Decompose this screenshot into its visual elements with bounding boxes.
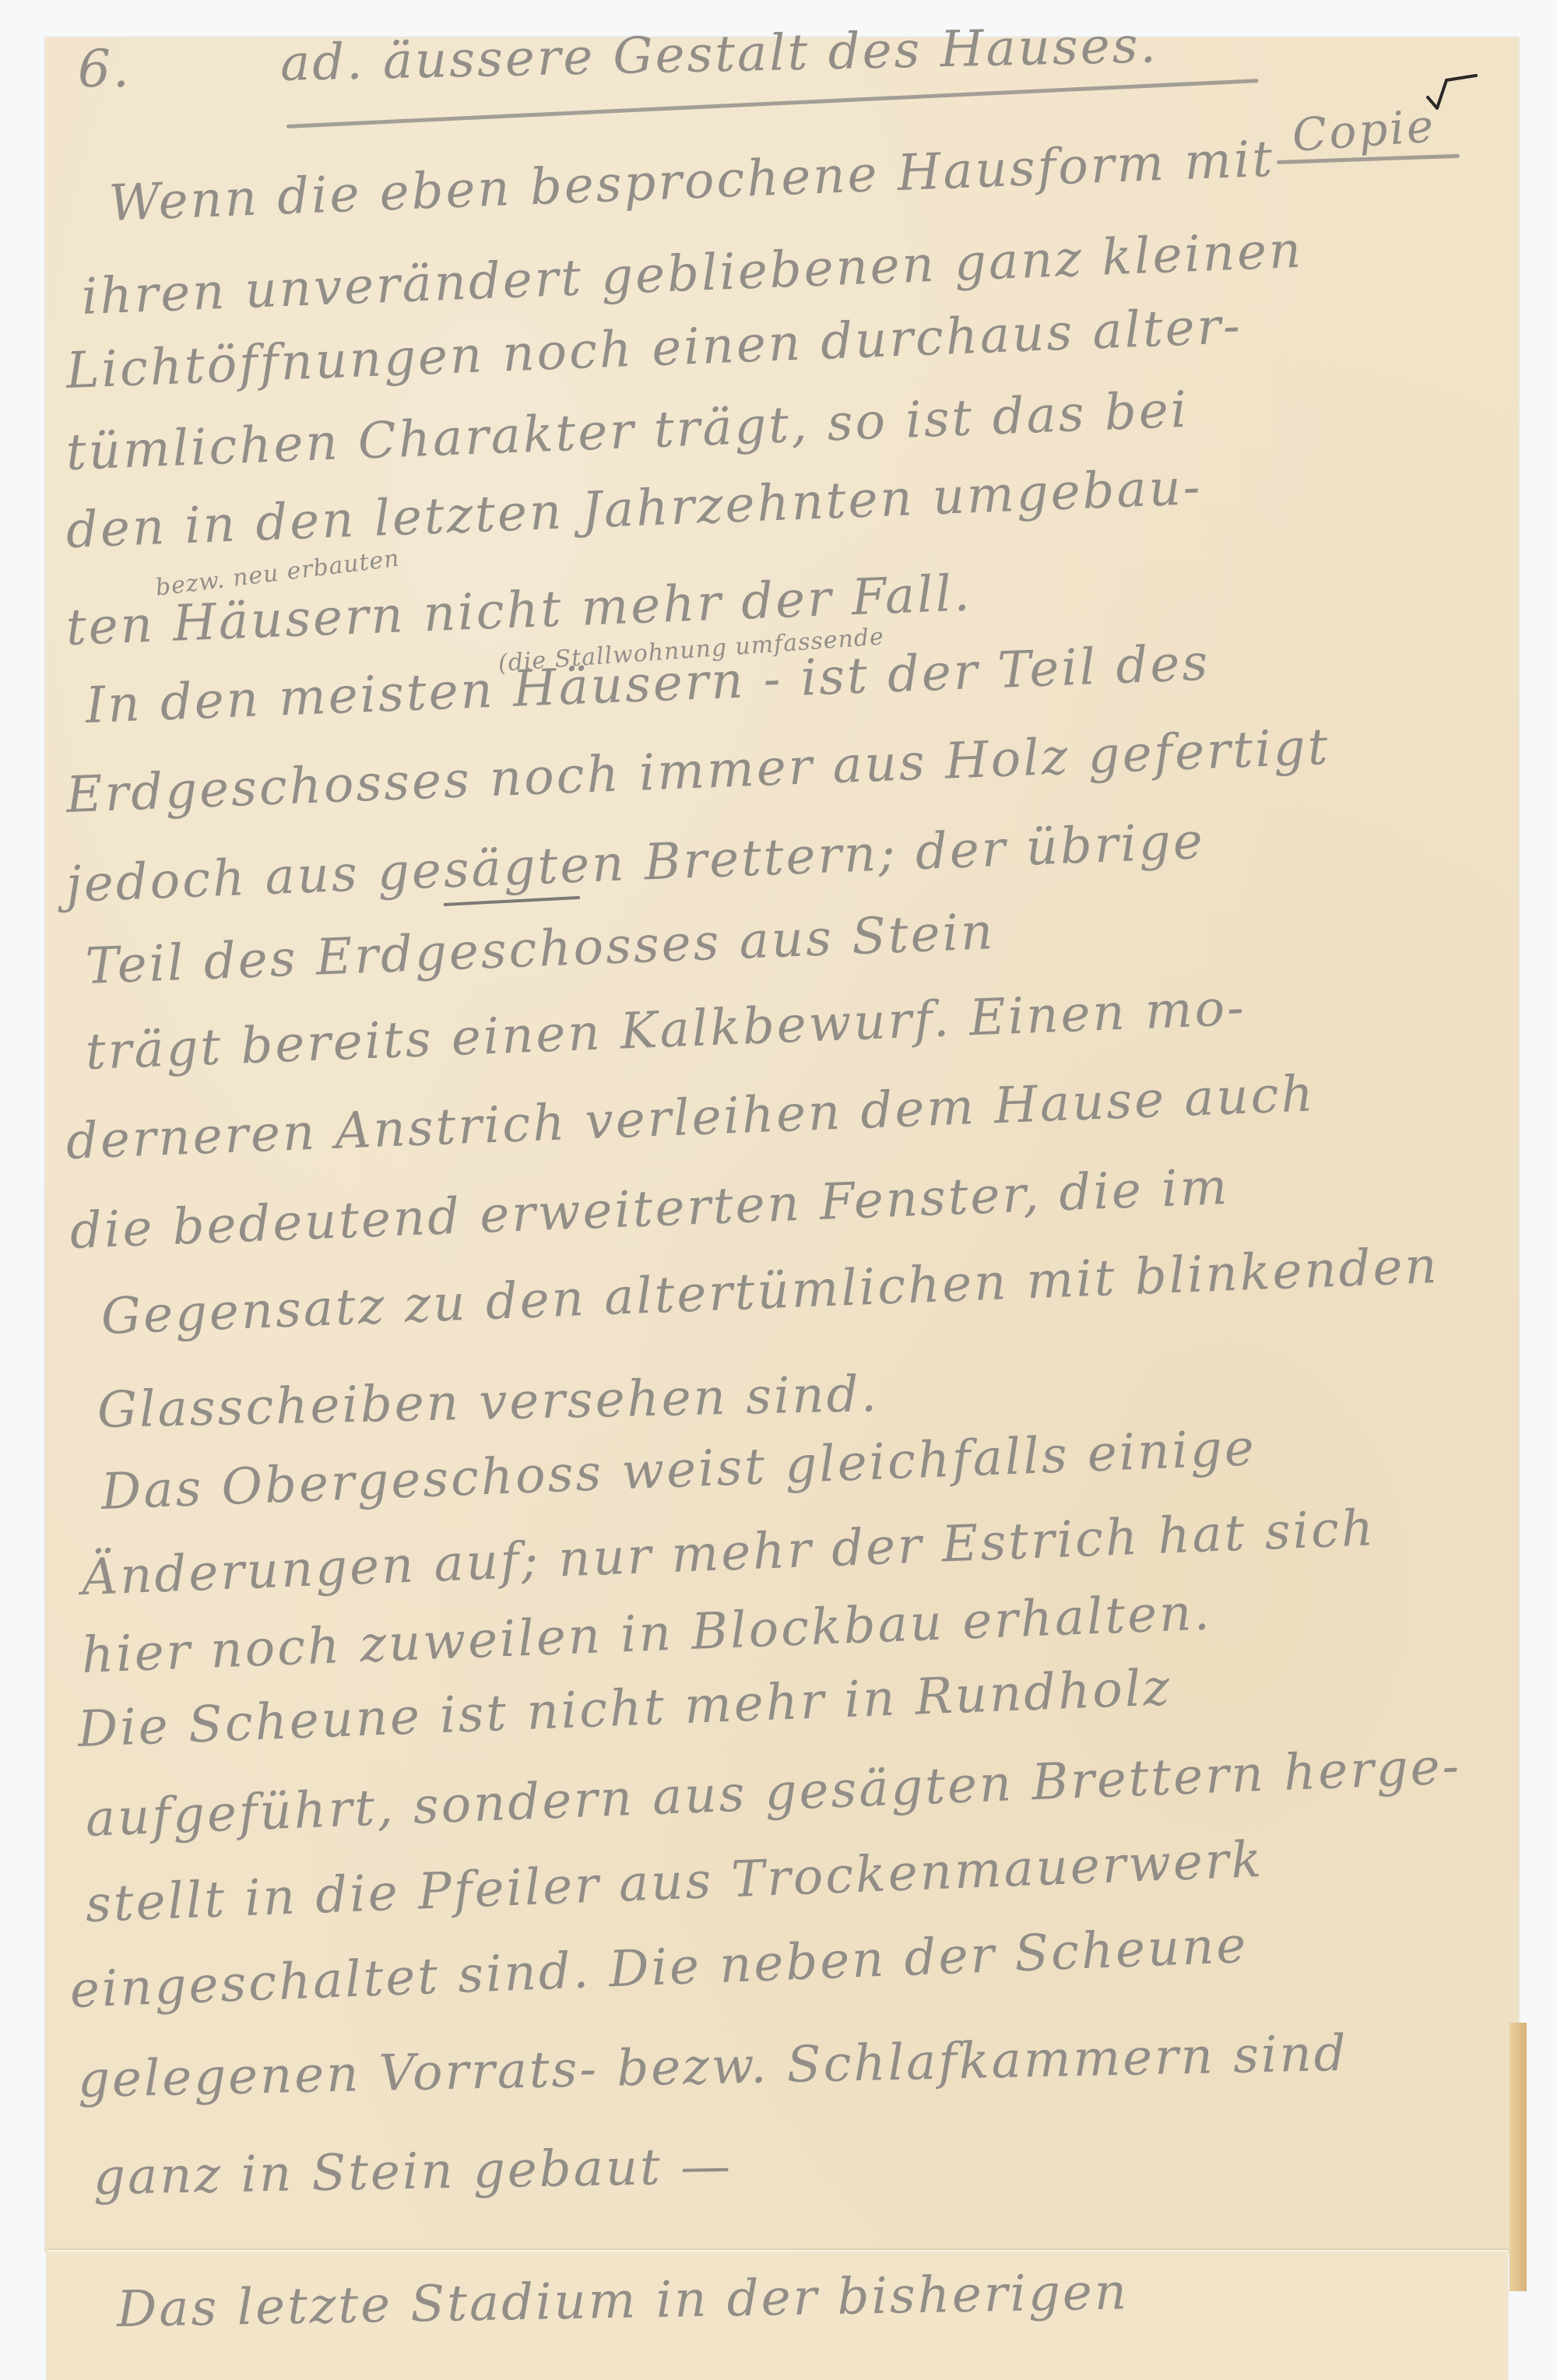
text-line-24: ganz in Stein gebaut — — [93, 2138, 733, 2206]
margin-note-copie: Copie — [1291, 99, 1438, 162]
paper-edge-stain — [1510, 2023, 1527, 2291]
page-number: 6. — [78, 39, 132, 99]
